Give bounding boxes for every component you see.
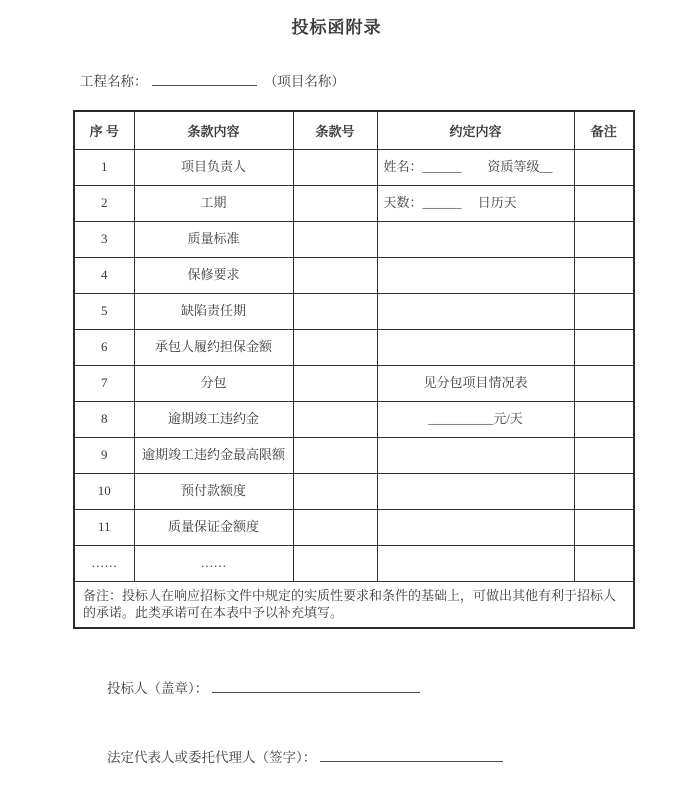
bidder-signature-line: 投标人（盖章）： — [107, 677, 673, 697]
table-row: 6承包人履约担保金额 — [74, 329, 634, 365]
bidder-seal-blank — [212, 679, 420, 693]
bid-appendix-table: 序 号 条款内容 条款号 约定内容 备注 1项目负责人姓名：______ 资质等… — [73, 110, 635, 629]
header-agreed-content: 约定内容 — [377, 111, 574, 149]
cell-clause-content: 承包人履约担保金额 — [134, 329, 293, 365]
cell-agreed-content — [377, 545, 574, 581]
cell-agreed-content — [377, 473, 574, 509]
cell-serial-no: 8 — [74, 401, 134, 437]
cell-remark — [574, 257, 634, 293]
cell-clause-no — [293, 257, 377, 293]
cell-remark — [574, 401, 634, 437]
cell-clause-no — [293, 545, 377, 581]
cell-remark — [574, 185, 634, 221]
cell-clause-no — [293, 221, 377, 257]
table-body: 1项目负责人姓名：______ 资质等级__2工期天数：______ 日历天3质… — [74, 149, 634, 581]
header-serial-no: 序 号 — [74, 111, 134, 149]
cell-remark — [574, 149, 634, 185]
representative-sign-blank — [320, 748, 503, 762]
table-row: 8逾期竣工违约金__________元/天 — [74, 401, 634, 437]
table-row: 9逾期竣工违约金最高限额 — [74, 437, 634, 473]
table-row: 10预付款额度 — [74, 473, 634, 509]
table-header-row: 序 号 条款内容 条款号 约定内容 备注 — [74, 111, 634, 149]
representative-signature-line: 法定代表人或委托代理人（签字）： — [107, 746, 673, 766]
cell-clause-content: 工期 — [134, 185, 293, 221]
project-name-line: 工程名称： （项目名称） — [80, 70, 673, 90]
cell-remark — [574, 545, 634, 581]
header-clause-content: 条款内容 — [134, 111, 293, 149]
cell-remark — [574, 221, 634, 257]
page-title: 投标函附录 — [0, 0, 673, 38]
cell-agreed-content — [377, 329, 574, 365]
cell-clause-content: 质量保证金额度 — [134, 509, 293, 545]
table-row: 7分包见分包项目情况表 — [74, 365, 634, 401]
cell-remark — [574, 329, 634, 365]
cell-serial-no: 1 — [74, 149, 134, 185]
cell-serial-no: 6 — [74, 329, 134, 365]
cell-agreed-content — [377, 257, 574, 293]
cell-agreed-content — [377, 221, 574, 257]
cell-agreed-content: 天数：______ 日历天 — [377, 185, 574, 221]
cell-agreed-content: 见分包项目情况表 — [377, 365, 574, 401]
cell-clause-content: …… — [134, 545, 293, 581]
cell-clause-no — [293, 365, 377, 401]
cell-serial-no: 7 — [74, 365, 134, 401]
bidder-seal-label: 投标人（盖章）： — [107, 681, 208, 696]
cell-clause-no — [293, 293, 377, 329]
cell-clause-no — [293, 437, 377, 473]
cell-serial-no: 3 — [74, 221, 134, 257]
header-clause-no: 条款号 — [293, 111, 377, 149]
cell-clause-no — [293, 185, 377, 221]
cell-clause-content: 逾期竣工违约金 — [134, 401, 293, 437]
cell-serial-no: 4 — [74, 257, 134, 293]
cell-remark — [574, 293, 634, 329]
document-page: 投标函附录 工程名称： （项目名称） 序 号 条款内容 条款号 约定内容 备注 … — [0, 0, 673, 804]
cell-clause-content: 分包 — [134, 365, 293, 401]
cell-agreed-content — [377, 293, 574, 329]
table-row: ………… — [74, 545, 634, 581]
cell-agreed-content — [377, 437, 574, 473]
cell-clause-content: 质量标准 — [134, 221, 293, 257]
cell-serial-no: 10 — [74, 473, 134, 509]
project-name-blank — [152, 72, 257, 86]
cell-clause-no — [293, 329, 377, 365]
table-note-row: 备注：投标人在响应招标文件中规定的实质性要求和条件的基础上，可做出其他有利于招标… — [74, 581, 634, 628]
cell-clause-content: 保修要求 — [134, 257, 293, 293]
table-row: 3质量标准 — [74, 221, 634, 257]
cell-agreed-content — [377, 509, 574, 545]
table-note: 备注：投标人在响应招标文件中规定的实质性要求和条件的基础上，可做出其他有利于招标… — [74, 581, 634, 628]
representative-sign-label: 法定代表人或委托代理人（签字）： — [107, 750, 316, 765]
cell-remark — [574, 365, 634, 401]
cell-clause-no — [293, 473, 377, 509]
table-row: 4保修要求 — [74, 257, 634, 293]
cell-serial-no: 5 — [74, 293, 134, 329]
cell-clause-content: 缺陷责任期 — [134, 293, 293, 329]
cell-agreed-content: __________元/天 — [377, 401, 574, 437]
cell-remark — [574, 473, 634, 509]
cell-clause-no — [293, 401, 377, 437]
cell-remark — [574, 509, 634, 545]
table-row: 1项目负责人姓名：______ 资质等级__ — [74, 149, 634, 185]
cell-serial-no: 9 — [74, 437, 134, 473]
cell-serial-no: 2 — [74, 185, 134, 221]
cell-clause-no — [293, 149, 377, 185]
cell-serial-no: 11 — [74, 509, 134, 545]
table-row: 2工期天数：______ 日历天 — [74, 185, 634, 221]
cell-serial-no: …… — [74, 545, 134, 581]
cell-remark — [574, 437, 634, 473]
table-row: 11质量保证金额度 — [74, 509, 634, 545]
cell-clause-content: 项目负责人 — [134, 149, 293, 185]
table-row: 5缺陷责任期 — [74, 293, 634, 329]
cell-clause-content: 逾期竣工违约金最高限额 — [134, 437, 293, 473]
cell-clause-no — [293, 509, 377, 545]
cell-clause-content: 预付款额度 — [134, 473, 293, 509]
project-name-label: 工程名称： — [80, 74, 148, 89]
cell-agreed-content: 姓名：______ 资质等级__ — [377, 149, 574, 185]
project-name-suffix: （项目名称） — [264, 74, 345, 89]
header-remark: 备注 — [574, 111, 634, 149]
